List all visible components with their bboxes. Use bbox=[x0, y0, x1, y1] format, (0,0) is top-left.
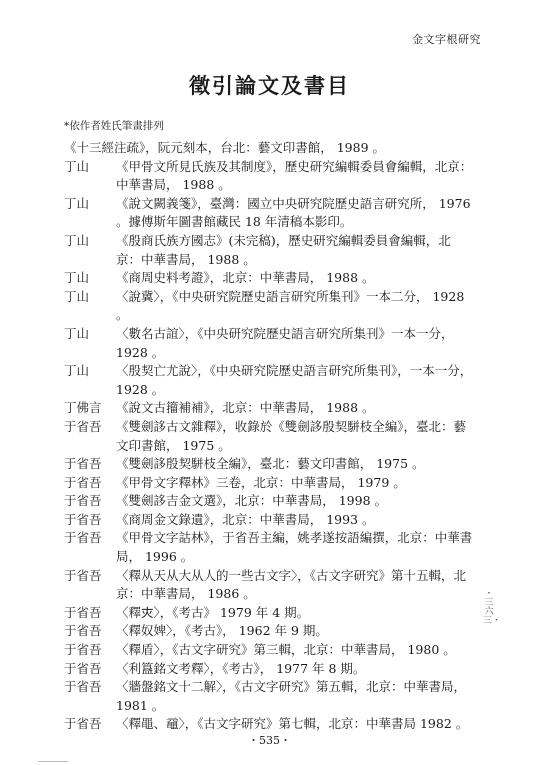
bibliography-entry: 于省吾 《雙劍誃古文雜釋》，收錄於《雙劍誃殷契駢枝全編》，臺北：藝文印書館， 1… bbox=[64, 418, 474, 455]
bibliography-entry: 于省吾 〈釋盾〉，《古文字研究》第三輯，北京：中華書局， 1980 。 bbox=[64, 641, 474, 660]
bibliography-entry: 丁山 〈說冀〉，《中央研究院歷史語言研究所集刊》一本二分， 1928 。 bbox=[64, 288, 474, 325]
bibliography-list: 《十三經注疏》，阮元刻本，台北：藝文印書館， 1989 。 丁山 《甲骨文所見氏… bbox=[64, 139, 474, 734]
entry-reference: 〈殷契亡尤說〉，《中央研究院歷史語言研究所集刊》，一本一分，1928 。 bbox=[116, 362, 474, 399]
entry-author: 丁山 bbox=[64, 269, 116, 288]
ordering-note: *依作者姓氏筆畫排列 bbox=[64, 118, 164, 133]
entry-reference: 《殷商氏族方國志》(未完稿)，歷史研究編輯委員會編輯，北京：中華書局， 1988… bbox=[116, 232, 474, 269]
entry-author: 于省吾 bbox=[64, 660, 116, 679]
page-title: 徵引論文及書目 bbox=[0, 70, 539, 100]
entry-author: 于省吾 bbox=[64, 641, 116, 660]
entry-author: 丁山 bbox=[64, 362, 116, 399]
entry-author: 丁山 bbox=[64, 195, 116, 232]
bibliography-entry: 于省吾 〈釋𡗜〉，《考古》 1979 年 4 期。 bbox=[64, 604, 474, 623]
bibliography-entry: 于省吾 《雙劍誃殷契駢枝全編》，臺北：藝文印書館， 1975 。 bbox=[64, 455, 474, 474]
entry-author: 丁山 bbox=[64, 325, 116, 362]
entry-reference: 〈釋𡗜〉，《考古》 1979 年 4 期。 bbox=[116, 604, 474, 623]
bibliography-entry: 于省吾 〈釋从天从大从人的一些古文字〉，《古文字研究》第十五輯，北京：中華書局，… bbox=[64, 567, 474, 604]
entry-author: 于省吾 bbox=[64, 604, 116, 623]
bibliography-entry: 于省吾 《雙劍誃吉金文選》，北京：中華書局， 1998 。 bbox=[64, 492, 474, 511]
bibliography-entry: 丁佛言 《說文古籀補補》，北京：中華書局， 1988 。 bbox=[64, 399, 474, 418]
bibliography-entry: 丁山 《甲骨文所見氏族及其制度》，歷史研究編輯委員會編輯，北京：中華書局， 19… bbox=[64, 158, 474, 195]
entry-reference: 〈數名古誼〉，《中央研究院歷史語言研究所集刊》一本一分，1928 。 bbox=[116, 325, 474, 362]
entry-reference: 《商周史料考證》，北京：中華書局， 1988 。 bbox=[116, 269, 474, 288]
entry-author: 于省吾 bbox=[64, 455, 116, 474]
entry-author: 于省吾 bbox=[64, 622, 116, 641]
entry-author: 于省吾 bbox=[64, 511, 116, 530]
bibliography-entry: 于省吾 〈釋奴婢〉，《考古》， 1962 年 9 期。 bbox=[64, 622, 474, 641]
side-page-number: ・三六三・ bbox=[483, 590, 495, 626]
entry-reference: 〈釋盾〉，《古文字研究》第三輯，北京：中華書局， 1980 。 bbox=[116, 641, 474, 660]
entry-author: 于省吾 bbox=[64, 492, 116, 511]
entry-author: 于省吾 bbox=[64, 529, 116, 566]
bibliography-entry: 《十三經注疏》，阮元刻本，台北：藝文印書館， 1989 。 bbox=[64, 139, 474, 158]
entry-author: 丁山 bbox=[64, 288, 116, 325]
entry-reference: 〈釋从天从大从人的一些古文字〉，《古文字研究》第十五輯，北京：中華書局， 198… bbox=[116, 567, 474, 604]
bibliography-entry: 丁山 《說文闕義箋》，臺灣：國立中央研究院歷史語言研究所， 1976 。據傅斯年… bbox=[64, 195, 474, 232]
entry-reference: 《甲骨文字詁林》，于省吾主編，姚孝遂按語編撰，北京：中華書局， 1996 。 bbox=[116, 529, 474, 566]
bibliography-entry: 于省吾 〈利簋銘文考釋〉，《考古》， 1977 年 8 期。 bbox=[64, 660, 474, 679]
bibliography-entry: 于省吾 《甲骨文字釋林》三卷，北京：中華書局， 1979 。 bbox=[64, 474, 474, 493]
entry-author: 丁山 bbox=[64, 232, 116, 269]
entry-reference: 《商周金文錄遺》，北京：中華書局， 1993 。 bbox=[116, 511, 474, 530]
entry-author: 于省吾 bbox=[64, 418, 116, 455]
entry-author: 于省吾 bbox=[64, 678, 116, 715]
entry-author: 丁佛言 bbox=[64, 399, 116, 418]
entry-author: 丁山 bbox=[64, 158, 116, 195]
entry-reference: 〈牆盤銘文十二解〉，《古文字研究》第五輯，北京：中華書局，1981 。 bbox=[116, 678, 474, 715]
page-number: ・535・ bbox=[0, 732, 539, 748]
bibliography-entry: 丁山 〈殷契亡尤說〉，《中央研究院歷史語言研究所集刊》，一本一分，1928 。 bbox=[64, 362, 474, 399]
entry-reference: 《甲骨文所見氏族及其制度》，歷史研究編輯委員會編輯，北京：中華書局， 1988 … bbox=[116, 158, 474, 195]
bibliography-entry: 于省吾 〈牆盤銘文十二解〉，《古文字研究》第五輯，北京：中華書局，1981 。 bbox=[64, 678, 474, 715]
entry-reference: 《雙劍誃吉金文選》，北京：中華書局， 1998 。 bbox=[116, 492, 474, 511]
entry-reference: 《雙劍誃古文雜釋》，收錄於《雙劍誃殷契駢枝全編》，臺北：藝文印書館， 1975 … bbox=[116, 418, 474, 455]
scan-artifact-line bbox=[38, 761, 68, 762]
entry-reference: 《雙劍誃殷契駢枝全編》，臺北：藝文印書館， 1975 。 bbox=[116, 455, 474, 474]
bibliography-entry: 于省吾 《商周金文錄遺》，北京：中華書局， 1993 。 bbox=[64, 511, 474, 530]
running-head: 金文字根研究 bbox=[412, 31, 481, 47]
bibliography-entry: 丁山 〈數名古誼〉，《中央研究院歷史語言研究所集刊》一本一分，1928 。 bbox=[64, 325, 474, 362]
bibliography-entry: 于省吾 《甲骨文字詁林》，于省吾主編，姚孝遂按語編撰，北京：中華書局， 1996… bbox=[64, 529, 474, 566]
entry-reference: 《十三經注疏》，阮元刻本，台北：藝文印書館， 1989 。 bbox=[64, 140, 385, 155]
entry-reference: 《說文闕義箋》，臺灣：國立中央研究院歷史語言研究所， 1976 。據傅斯年圖書館… bbox=[116, 195, 474, 232]
entry-reference: 《甲骨文字釋林》三卷，北京：中華書局， 1979 。 bbox=[116, 474, 474, 493]
entry-author: 于省吾 bbox=[64, 474, 116, 493]
bibliography-entry: 丁山 《商周史料考證》，北京：中華書局， 1988 。 bbox=[64, 269, 474, 288]
bibliography-entry: 丁山 《殷商氏族方國志》(未完稿)，歷史研究編輯委員會編輯，北京：中華書局， 1… bbox=[64, 232, 474, 269]
entry-author: 于省吾 bbox=[64, 567, 116, 604]
entry-reference: 〈說冀〉，《中央研究院歷史語言研究所集刊》一本二分， 1928 。 bbox=[116, 288, 474, 325]
entry-reference: 《說文古籀補補》，北京：中華書局， 1988 。 bbox=[116, 399, 474, 418]
entry-reference: 〈利簋銘文考釋〉，《考古》， 1977 年 8 期。 bbox=[116, 660, 474, 679]
entry-reference: 〈釋奴婢〉，《考古》， 1962 年 9 期。 bbox=[116, 622, 474, 641]
